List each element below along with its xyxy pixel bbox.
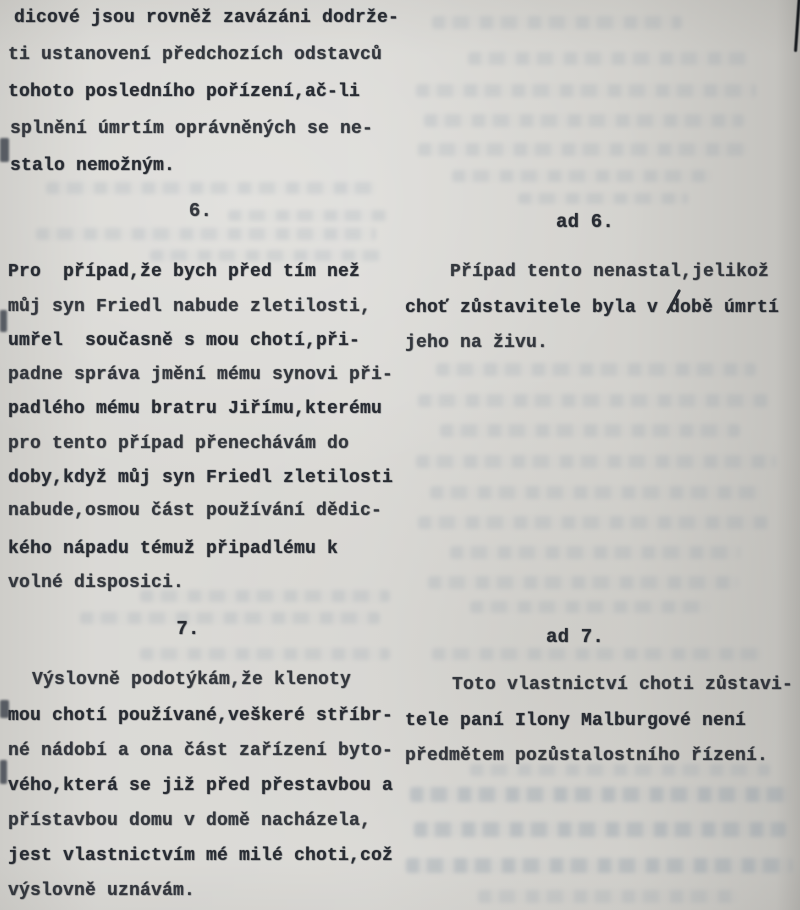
section-heading: 6.: [8, 200, 393, 222]
bleed-through-line: [406, 858, 792, 873]
text-line: výslovně uznávám.: [8, 881, 195, 901]
text-line: můj syn Friedl nabude zletilosti,: [8, 297, 371, 317]
page-edge-mark: [0, 310, 7, 332]
text-line: pro tento případ přenechávám do: [8, 434, 349, 454]
text-line: stalo nemožným.: [10, 156, 175, 176]
bleed-through-line: [424, 114, 744, 127]
bleed-through-line: [478, 890, 738, 903]
text-line: ti ustanovení předchozích odstavců: [8, 45, 382, 65]
bleed-through-line: [436, 363, 756, 376]
bleed-through-line: [450, 546, 740, 559]
bleed-through-line: [150, 250, 380, 261]
section-heading: ad 6.: [405, 211, 765, 233]
page-edge-mark: [0, 138, 9, 162]
text-line: vého,která se již před přestavbou a: [8, 776, 393, 796]
bleed-through-line: [430, 486, 760, 499]
bleed-through-line: [452, 170, 712, 182]
text-line: jeho na živu.: [405, 333, 548, 353]
bleed-through-line: [36, 228, 376, 240]
text-line: Případ tento nenastal,jelikož: [450, 262, 769, 282]
bleed-through-line: [432, 16, 682, 29]
bleed-through-line: [416, 455, 776, 468]
bleed-through-line: [428, 576, 738, 589]
text-line: kého nápadu témuž připadlému k: [8, 539, 338, 559]
text-line: tele paní Ilony Malburgové není: [405, 711, 746, 731]
bleed-through-line: [418, 394, 768, 407]
text-line: dicové jsou rovněž zavázáni dodrže-: [14, 8, 399, 28]
bleed-through-line: [410, 787, 790, 802]
text-line: Výslovně podotýkám,že klenoty: [32, 670, 351, 690]
bleed-through-line: [46, 182, 376, 194]
text-line: nabude,osmou část používání dědic-: [8, 501, 382, 521]
bleed-through-line: [414, 822, 786, 837]
bleed-through-line: [470, 601, 710, 613]
bleed-through-line: [468, 52, 748, 65]
text-line: doby,když můj syn Friedl zletilosti: [8, 468, 393, 488]
text-line: né nádobí a ona část zařízení byto-: [8, 741, 393, 761]
text-line: předmětem pozůstalostního řízení.: [405, 746, 768, 766]
scanned-document-page: dicové jsou rovněž zavázáni dodrže- ti u…: [0, 0, 800, 910]
page-edge-mark: [794, 0, 800, 52]
section-heading: ad 7.: [405, 626, 745, 648]
text-line: přístavbou domu v domě nacházela,: [8, 811, 371, 831]
bleed-through-line: [518, 193, 688, 204]
bleed-through-line: [418, 516, 768, 529]
text-line: choť zůstavitele byla v době úmrtí: [405, 298, 779, 318]
text-line: padne správa jmění mému synovi při-: [8, 365, 393, 385]
bleed-through-line: [432, 648, 762, 660]
text-line: Toto vlastnictví choti zůstavi-: [452, 675, 793, 695]
bleed-through-line: [418, 143, 748, 156]
text-line: padlého mému bratru Jiřímu,kterému: [8, 399, 382, 419]
text-line: mou chotí používané,veškeré stříbr-: [8, 706, 393, 726]
text-line: volné disposici.: [8, 573, 184, 593]
bleed-through-line: [416, 84, 756, 97]
page-edge-mark: [0, 760, 7, 784]
section-heading: 7.: [8, 618, 368, 640]
bleed-through-line: [440, 424, 740, 437]
text-line: jest vlastnictvím mé milé choti,což: [8, 846, 393, 866]
text-line: Pro případ,že bych před tím než: [8, 262, 360, 282]
bleed-through-line: [140, 648, 390, 660]
text-line: splnění úmrtím oprávněných se ne-: [10, 119, 373, 139]
text-line: tohoto posledního pořízení,ač-li: [8, 82, 360, 102]
text-line: umřel současně s mou chotí,při-: [8, 331, 360, 351]
